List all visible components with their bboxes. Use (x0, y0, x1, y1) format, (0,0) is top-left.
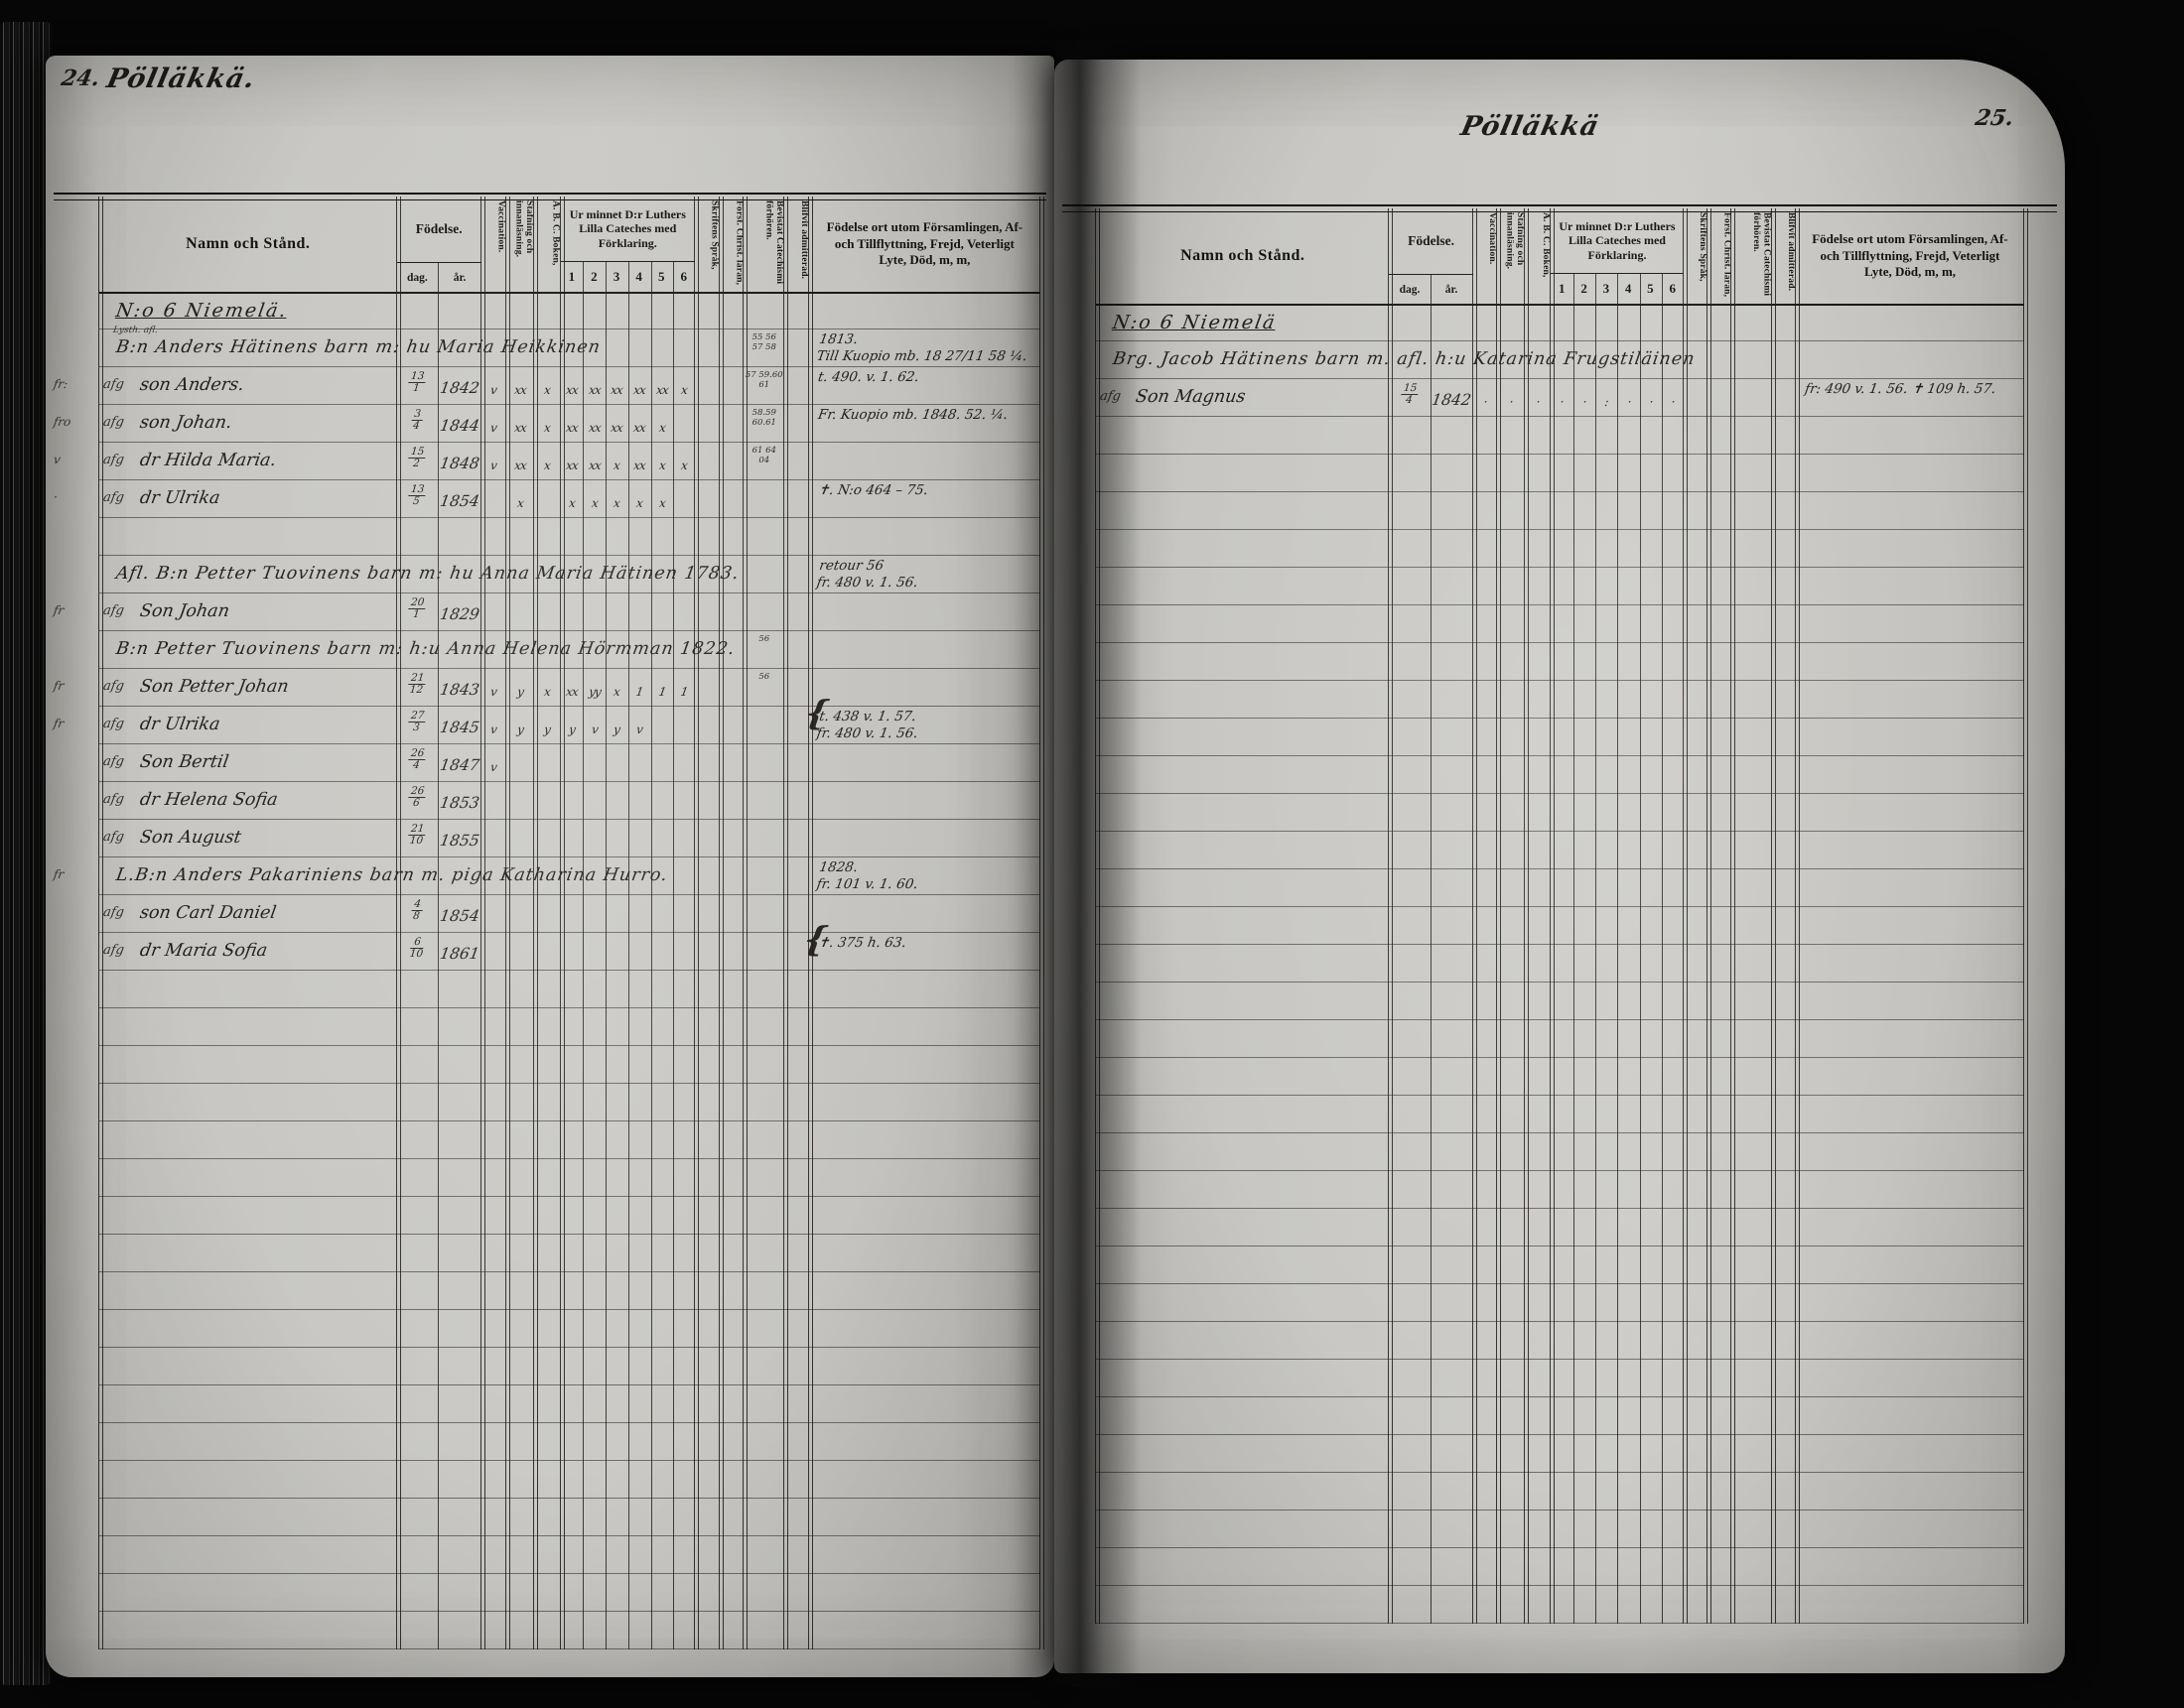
exam-mark: xx (611, 421, 624, 435)
exam-mark: v (489, 459, 497, 472)
exam-mark: : (1604, 395, 1609, 409)
birth-day: 2112 (408, 673, 428, 696)
moved-away-mark: afg (102, 717, 125, 731)
person-name: dr Ulrika (138, 715, 221, 734)
column-header-name: Namn och Stånd. (99, 197, 397, 292)
person-name: dr Maria Sofia (138, 941, 268, 961)
moved-away-mark: afg (102, 679, 125, 694)
moved-away-mark: afg (1099, 389, 1122, 404)
table-header: Namn och Stånd. Födelse. dag. år. Vaccin… (1096, 208, 2024, 306)
birth-day: 135 (408, 484, 428, 507)
column-header-year: år. (1431, 275, 1473, 305)
column-divider (1662, 274, 1663, 1624)
column-header-notes: Födelse ort utom Församlingen, Af- och T… (1796, 208, 2024, 304)
column-divider (1431, 274, 1432, 1624)
exam-mark: x (680, 459, 688, 472)
entry-note: 1828.fr. 101 v. 1. 60. (816, 859, 922, 893)
column-header-name-label: Namn och Stånd. (186, 235, 310, 253)
exam-mark: x (680, 383, 688, 397)
entry-note: t. 490. v. 1. 62. (817, 369, 920, 386)
exam-mark: xx (565, 459, 579, 472)
moved-away-mark: afg (102, 415, 125, 430)
exam-mark: v (489, 723, 497, 736)
exam-mark: x (543, 685, 551, 699)
margin-annotation: fr (53, 717, 65, 730)
attended-years: 58.5960.61 (752, 409, 776, 429)
attended-years: 57 59.6061 (746, 371, 783, 391)
handwritten-entries: N:o 6 NiemeläBrg. Jacob Hätinens barn m.… (1096, 304, 2024, 1624)
column-header-name-label: Namn och Stånd. (1180, 247, 1304, 265)
exam-mark: 1 (680, 685, 689, 699)
exam-mark: 1 (657, 685, 666, 699)
column-divider (1573, 274, 1574, 1624)
column-header-birth-label: Födelse. (1389, 208, 1472, 274)
exam-mark: x (568, 496, 576, 510)
photographed-register-spread: { "photo": { "background_color": "#06060… (0, 0, 2184, 1708)
book-page-edges (0, 22, 52, 1685)
entry-note: ✝. N:o 464 – 75. (817, 482, 929, 499)
exam-mark: · (1649, 395, 1654, 409)
exam-mark: x (543, 459, 551, 472)
birth-year: 1829 (439, 605, 480, 623)
column-divider (1706, 208, 1711, 1624)
column-divider (808, 197, 813, 1649)
column-divider (743, 197, 748, 1649)
column-header-catechism-label: Ur minnet D:r Luthers Lilla Cateches med… (561, 197, 696, 262)
birth-year: 1853 (439, 794, 480, 812)
exam-mark: · (1508, 395, 1513, 409)
exam-mark: x (543, 421, 551, 435)
birth-day: 154 (1400, 383, 1420, 406)
catechism-col-5: 5 (650, 262, 673, 292)
exam-mark: x (635, 496, 643, 510)
birth-year: 1842 (1431, 391, 1472, 409)
exam-mark: xx (632, 383, 646, 397)
exam-mark: xx (513, 459, 527, 472)
exam-mark: y (516, 685, 524, 699)
column-divider (1039, 197, 1044, 1649)
birth-year: 1854 (439, 907, 480, 925)
exam-mark: v (489, 685, 497, 699)
exam-mark: xx (565, 685, 579, 699)
birth-year: 1854 (439, 492, 480, 510)
column-divider (560, 197, 565, 1649)
exam-mark: y (568, 723, 576, 736)
exam-mark: 1 (635, 685, 644, 699)
exam-mark: xx (565, 421, 579, 435)
column-divider (1472, 208, 1477, 1624)
birth-day: 264 (408, 748, 428, 771)
exam-mark: x (658, 421, 666, 435)
birth-year: 1843 (439, 681, 480, 699)
exam-mark: xx (588, 383, 602, 397)
exam-mark: xx (513, 421, 527, 435)
column-divider (505, 197, 510, 1649)
exam-mark: xx (588, 421, 602, 435)
column-divider (480, 197, 485, 1649)
exam-mark: xx (588, 459, 602, 472)
column-header-name: Namn och Stånd. (1096, 208, 1389, 304)
right-page: 25. Pölläkkä Namn och Stånd. Födelse. da… (1054, 60, 2065, 1673)
moved-away-mark: afg (102, 830, 125, 845)
page-title: Pölläkkä (1458, 111, 1602, 142)
column-divider (533, 197, 538, 1649)
exam-mark: xx (513, 383, 527, 397)
catechism-col-6: 6 (672, 262, 695, 292)
catechism-col-5: 5 (1639, 274, 1661, 304)
exam-mark: x (613, 459, 620, 472)
attended-years: 61 6404 (752, 447, 776, 466)
column-divider (1388, 208, 1393, 1624)
margin-annotation: fro (53, 415, 72, 429)
entry-note: Fr. Kuopio mb. 1848. 52. ¼. (817, 407, 1010, 424)
birth-year: 1855 (439, 832, 480, 850)
catechism-col-3: 3 (606, 262, 628, 292)
person-name: Afl. B:n Petter Tuovinens barn m: hu Ann… (114, 564, 741, 584)
attended-years: 56 (758, 635, 769, 645)
exam-mark: · (1671, 395, 1676, 409)
exam-mark: yy (588, 685, 602, 699)
exam-mark: · (1536, 395, 1541, 409)
moved-away-mark: afg (102, 453, 125, 467)
column-header-day: dag. (397, 263, 439, 293)
column-header-catechism-label: Ur minnet D:r Luthers Lilla Cateches med… (1551, 208, 1684, 274)
person-name: son Johan. (138, 413, 233, 433)
column-divider (1496, 208, 1501, 1624)
entry-note: {t. 438 v. 1. 57.fr. 480 v. 1. 56. (816, 709, 922, 742)
register-table: Namn och Stånd. Födelse. dag. år. Vaccin… (99, 197, 1040, 1649)
exam-mark: x (658, 459, 666, 472)
register-table: Namn och Stånd. Födelse. dag. år. Vaccin… (1096, 208, 2024, 1624)
handwritten-entries: N:o 6 Niemelä.Lysth. afl.B:n Anders Häti… (99, 292, 1040, 1649)
page-number: 24. (60, 66, 102, 91)
exam-mark: xx (565, 383, 579, 397)
birth-year: 1861 (439, 945, 480, 963)
superscript-annotation: Lysth. afl. (112, 326, 158, 335)
moved-away-mark: afg (102, 377, 125, 392)
moved-away-mark: afg (102, 905, 125, 920)
exam-mark: · (1482, 395, 1487, 409)
column-divider (673, 262, 674, 1649)
exam-mark: · (1560, 395, 1565, 409)
attended-years: 55 5657 58 (752, 333, 776, 353)
birth-day: 610 (410, 937, 426, 960)
column-divider (1640, 274, 1641, 1624)
person-name: son Carl Daniel (138, 903, 277, 923)
catechism-col-2: 2 (583, 262, 606, 292)
exam-mark: x (613, 496, 620, 510)
page-number: 25. (1974, 105, 2016, 131)
exam-mark: · (1626, 395, 1631, 409)
birth-year: 1842 (439, 379, 480, 397)
margin-annotation: fr (53, 603, 65, 617)
birth-day: 266 (408, 786, 428, 809)
column-divider (783, 197, 788, 1649)
exam-mark: v (635, 723, 643, 736)
moved-away-mark: afg (102, 943, 125, 958)
birth-year: 1844 (439, 417, 480, 435)
birth-day: 152 (408, 447, 428, 469)
page-title: Pölläkkä. (104, 64, 258, 94)
exam-mark: xx (655, 383, 669, 397)
moved-away-mark: afg (102, 490, 125, 505)
person-name: L.B:n Anders Pakariniens barn m. piga Ka… (114, 865, 669, 885)
column-header-notes: Födelse ort utom Församlingen, Af- och T… (809, 197, 1040, 292)
exam-mark: xx (632, 421, 646, 435)
person-name: Son Bertil (138, 752, 229, 772)
exam-mark: v (591, 723, 599, 736)
exam-mark: x (613, 685, 620, 699)
column-header-day: dag. (1389, 275, 1430, 305)
person-name: Son Johan (138, 601, 230, 621)
moved-away-mark: afg (102, 792, 125, 807)
column-header-attended-examinations: Bevistat Catechismi förhören. (744, 197, 784, 292)
birth-year: 1847 (439, 756, 480, 774)
entry-note: 1813.Till Kuopio mb. 18 27/11 58 ¼. (816, 331, 1031, 365)
person-name: Brg. Jacob Hätinens barn m. afl. h:u Kat… (1111, 349, 1697, 369)
attended-years: 56 (758, 673, 769, 683)
column-divider (651, 262, 652, 1649)
margin-annotation: v (53, 453, 62, 466)
catechism-col-4: 4 (1617, 274, 1639, 304)
birth-day: 273 (408, 711, 428, 733)
column-divider (396, 197, 401, 1649)
column-divider (1550, 208, 1555, 1624)
exam-mark: x (658, 496, 666, 510)
column-divider (1730, 208, 1735, 1624)
catechism-col-6: 6 (1662, 274, 1684, 304)
column-divider (1595, 274, 1596, 1624)
column-divider (606, 262, 607, 1649)
birth-day: 34 (411, 409, 424, 432)
column-divider (1617, 274, 1618, 1624)
left-page: 24. Pölläkkä. Namn och Stånd. Födelse. d… (46, 56, 1054, 1677)
exam-mark: · (1581, 395, 1586, 409)
household-heading: N:o 6 Niemelä (1111, 312, 1278, 333)
person-name: B:n Anders Hätinens barn m: hu Maria Hei… (114, 337, 602, 357)
person-name: Son August (138, 828, 242, 848)
birth-day: 48 (411, 899, 424, 922)
exam-mark: x (516, 496, 524, 510)
column-divider (1795, 208, 1800, 1624)
column-header-spelling: Stafning och innanläsning. (1497, 208, 1525, 304)
exam-mark: v (489, 383, 497, 397)
moved-away-mark: afg (102, 754, 125, 769)
margin-annotation: fr (53, 867, 65, 881)
exam-mark: xx (632, 459, 646, 472)
table-header: Namn och Stånd. Födelse. dag. år. Vaccin… (99, 197, 1040, 294)
birth-year: 1848 (439, 455, 480, 472)
birth-day: 201 (408, 597, 428, 620)
exam-mark: y (613, 723, 620, 736)
person-name: Son Magnus (1135, 387, 1248, 407)
column-divider (1524, 208, 1529, 1624)
column-header-year: år. (438, 263, 481, 293)
column-divider (2023, 208, 2028, 1624)
exam-mark: y (516, 723, 524, 736)
exam-mark: x (591, 496, 599, 510)
margin-annotation: · (53, 490, 59, 504)
person-name: dr Ulrika (138, 488, 221, 508)
person-name: son Anders. (138, 375, 245, 395)
exam-mark: xx (611, 383, 624, 397)
column-header-spelling: Stafning och innanläsning. (506, 197, 534, 292)
column-divider (694, 197, 699, 1649)
household-heading: N:o 6 Niemelä. (114, 300, 289, 322)
column-divider (438, 262, 439, 1649)
birth-year: 1845 (439, 719, 480, 736)
birth-day: 131 (408, 371, 428, 394)
person-name: dr Helena Sofia (138, 790, 279, 810)
column-divider (1683, 208, 1688, 1624)
column-divider (583, 262, 584, 1649)
person-name: B:n Petter Tuovinens barn m: h:u Anna He… (114, 639, 736, 659)
birth-day: 2110 (408, 824, 428, 847)
person-name: Son Petter Johan (138, 677, 290, 697)
exam-mark: v (489, 421, 497, 435)
exam-mark: y (543, 723, 551, 736)
column-divider (98, 197, 103, 1649)
moved-away-mark: afg (102, 603, 125, 618)
margin-annotation: fr (53, 679, 65, 693)
column-divider (1771, 208, 1776, 1624)
column-divider (719, 197, 724, 1649)
column-header-attended-examinations: Bevistat Catechismi förhören. (1731, 208, 1771, 304)
person-name: dr Hilda Maria. (138, 451, 277, 470)
margin-annotation: fr: (53, 377, 68, 391)
catechism-col-3: 3 (1595, 274, 1617, 304)
catechism-col-2: 2 (1572, 274, 1594, 304)
entry-note: fr: 490 v. 1. 56. ✝ 109 h. 57. (1804, 381, 1997, 398)
column-divider (1095, 208, 1100, 1624)
catechism-col-4: 4 (627, 262, 650, 292)
column-divider (628, 262, 629, 1649)
column-header-birth-label: Födelse. (397, 197, 481, 262)
exam-mark: v (489, 760, 497, 774)
entry-note: {✝. 375 h. 63. (817, 935, 907, 952)
exam-mark: x (543, 383, 551, 397)
entry-note: retour 56fr. 480 v. 1. 56. (816, 558, 922, 591)
